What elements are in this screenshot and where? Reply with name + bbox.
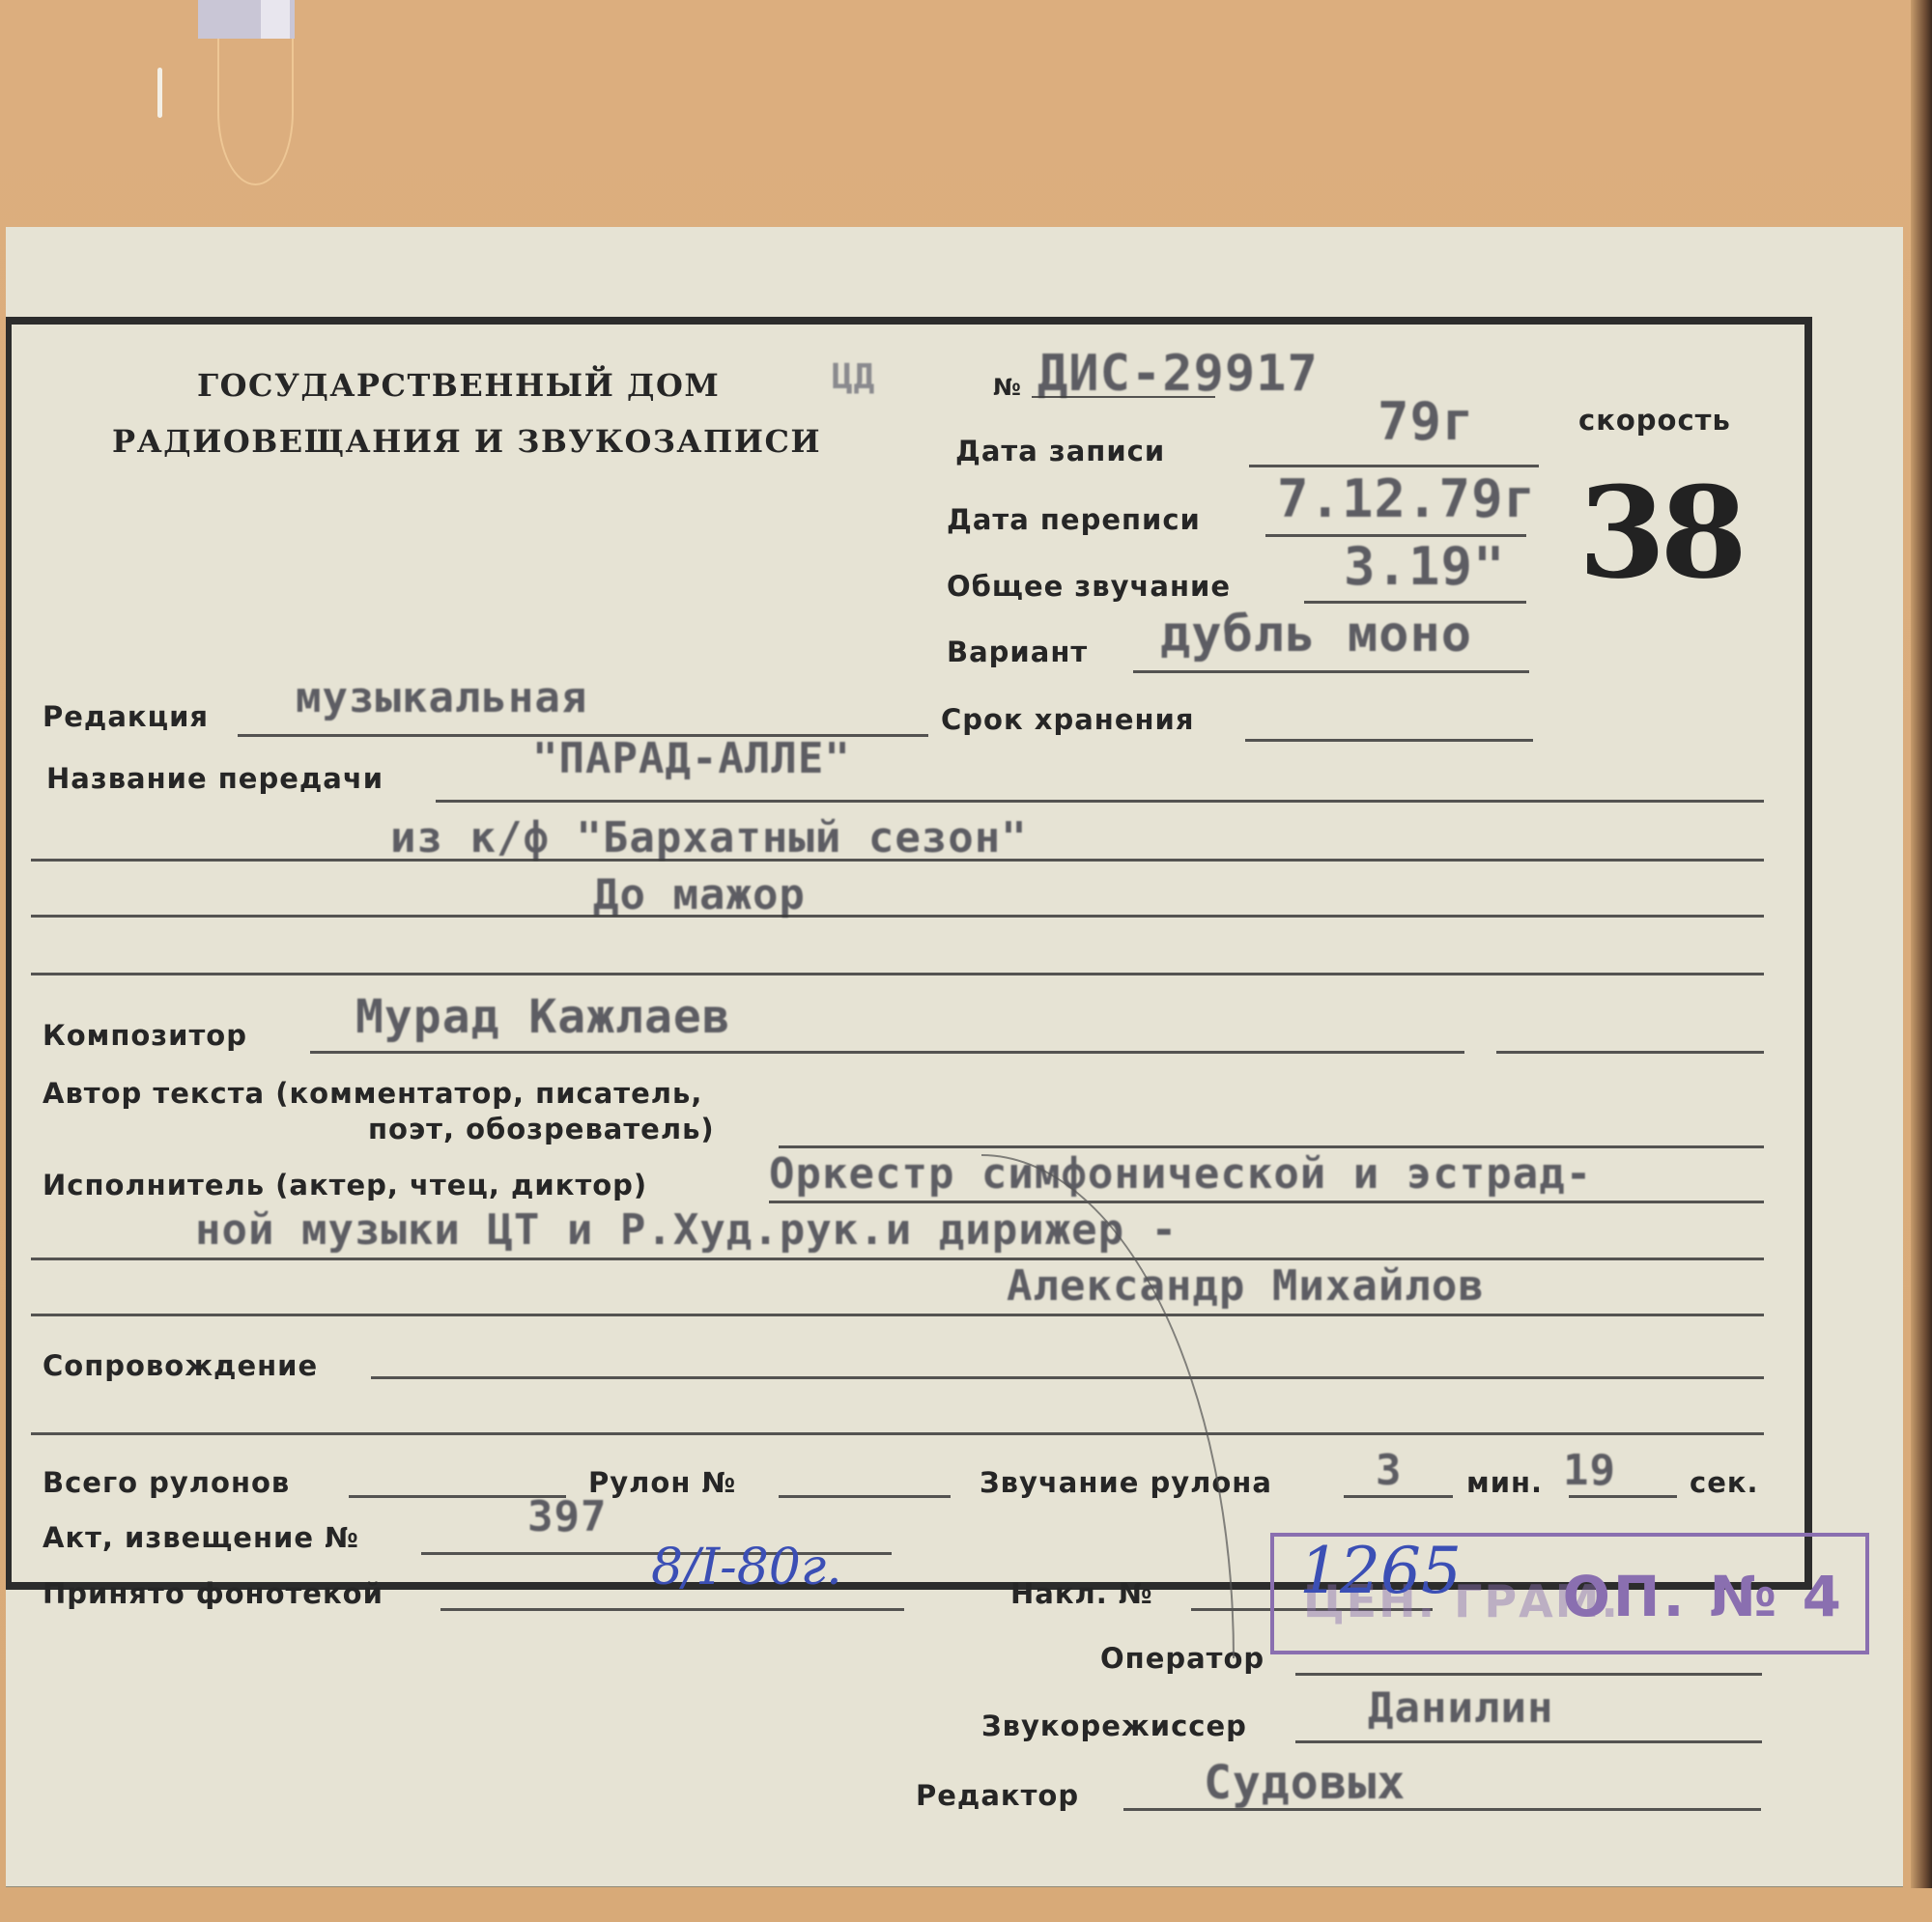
speed-label: скорость — [1578, 404, 1731, 437]
reel-duration-seconds: 19 — [1563, 1446, 1616, 1495]
sound-director-value: Данилин — [1368, 1683, 1553, 1733]
box-bottom-strip — [0, 1888, 1932, 1922]
number-mark: ЦД — [832, 357, 875, 397]
box-notch-window-inner — [261, 0, 290, 39]
sound-director-line — [1295, 1740, 1762, 1743]
recording-date-label: Дата записи — [955, 435, 1165, 467]
reel-seconds-line — [1569, 1495, 1677, 1498]
performer-line1: Оркестр симфонической и эстрад- — [769, 1149, 1592, 1199]
recording-date-value: 79г — [1378, 391, 1475, 452]
variant-value: дубль моно — [1160, 606, 1472, 664]
reel-number-label: Рулон № — [588, 1466, 736, 1499]
accepted-label: Принято фонотекой — [43, 1577, 384, 1610]
sound-director-label: Звукорежиссер — [981, 1710, 1247, 1742]
box-notch-crease — [217, 39, 294, 185]
act-notice-value: 397 — [527, 1492, 607, 1541]
program-title-rule4 — [31, 973, 1764, 975]
performer-label: Исполнитель (актер, чтец, диктор) — [43, 1169, 647, 1201]
operator-line — [1295, 1673, 1762, 1676]
composer-value: Мурад Кажлаев — [355, 990, 731, 1044]
accompaniment-label: Сопровождение — [43, 1349, 318, 1382]
catalog-number: ДИС-29917 — [1037, 345, 1319, 403]
reel-duration-minutes: 3 — [1376, 1446, 1403, 1495]
program-title-line1: "ПАРАД-АЛЛЕ" — [532, 734, 851, 783]
reel-min-label: мин. — [1466, 1466, 1543, 1499]
speed-value: 38 — [1578, 459, 1742, 607]
org-name-line1: ГОСУДАРСТВЕННЫЙ ДОМ — [197, 367, 720, 404]
performer-rule2 — [31, 1258, 1764, 1260]
total-reels-label: Всего рулонов — [43, 1466, 290, 1499]
program-title-label: Название передачи — [46, 762, 384, 795]
catalog-number-underline — [1032, 396, 1215, 398]
storage-term-line — [1245, 739, 1533, 742]
form-frame — [6, 317, 1812, 1590]
variant-line — [1133, 670, 1529, 673]
invoice-handwritten-number: 1265 — [1299, 1534, 1462, 1608]
composer-line — [310, 1051, 1464, 1054]
editorial-value: музыкальная — [296, 673, 587, 722]
composer-label: Композитор — [43, 1019, 247, 1052]
copy-date-value: 7.12.79г — [1277, 468, 1536, 529]
performer-rule3 — [31, 1314, 1764, 1316]
composer-line-extra — [1496, 1051, 1764, 1054]
editor-label: Редактор — [916, 1779, 1079, 1812]
stamp-text: ОП. № 4 — [1563, 1564, 1844, 1629]
total-duration-value: 3.19" — [1344, 536, 1506, 597]
program-title-rule1 — [436, 800, 1764, 803]
act-notice-label: Акт, извещение № — [43, 1521, 359, 1554]
recording-date-line — [1249, 465, 1539, 467]
text-author-line — [779, 1145, 1764, 1148]
accepted-line — [440, 1608, 904, 1611]
program-title-rule2 — [31, 859, 1764, 862]
number-prefix: № — [993, 374, 1022, 401]
performer-rule1 — [769, 1201, 1764, 1203]
program-title-rule3 — [31, 915, 1764, 918]
program-title-line2: из к/ф "Бархатный сезон" — [390, 813, 1028, 862]
total-duration-line — [1304, 601, 1526, 604]
accepted-date-handwritten: 8/I-80г. — [651, 1539, 842, 1597]
copy-date-label: Дата переписи — [947, 503, 1201, 536]
text-author-label-line2: поэт, обозреватель) — [368, 1113, 715, 1145]
editorial-label: Редакция — [43, 700, 209, 733]
reel-sec-label: сек. — [1690, 1466, 1759, 1499]
box-right-edge — [1911, 0, 1932, 1922]
cardboard-scratch — [157, 68, 162, 118]
editor-line — [1123, 1808, 1761, 1811]
total-duration-label: Общее звучание — [947, 570, 1231, 603]
storage-term-label: Срок хранения — [941, 703, 1194, 736]
reel-number-line — [779, 1495, 951, 1498]
text-author-label-line1: Автор текста (комментатор, писатель, — [43, 1077, 702, 1110]
editor-value: Судовых — [1204, 1756, 1406, 1810]
accompaniment-rule2 — [31, 1432, 1764, 1435]
org-name-line2: РАДИОВЕЩАНИЯ И ЗВУКОЗАПИСИ — [112, 423, 821, 460]
program-title-line3: До мажор — [593, 870, 806, 919]
variant-label: Вариант — [947, 636, 1088, 668]
reel-minutes-line — [1344, 1495, 1453, 1498]
